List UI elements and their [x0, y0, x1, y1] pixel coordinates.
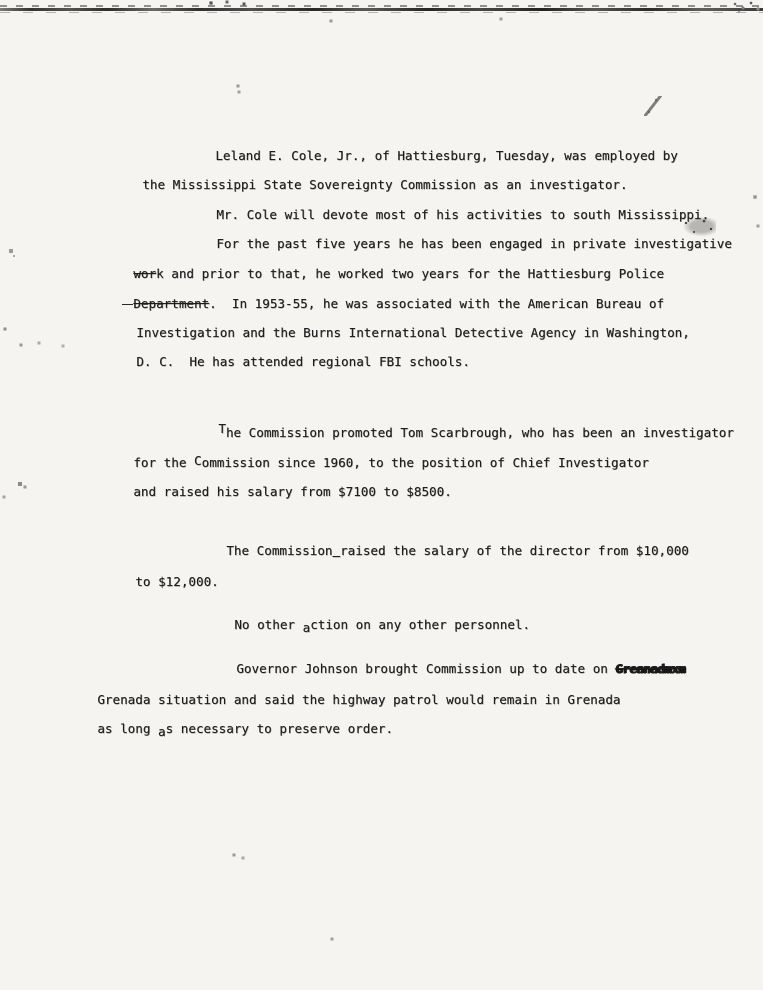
scan-top-edge-line — [0, 8, 763, 11]
text-segment: as long — [97, 721, 158, 736]
underscored-space — [333, 543, 341, 558]
text-segment: Leland E. Cole, Jr., of Hattiesburg, Tue… — [215, 148, 678, 163]
raised-letter-T: T — [218, 421, 226, 436]
scanned-document-page: Leland E. Cole, Jr., of Hattiesburg, Tue… — [0, 0, 763, 990]
line-preserve-order: as long as necessary to preserve order. — [67, 706, 393, 751]
text-segment: s necessary to preserve order. — [166, 721, 393, 736]
line-no-other-action: No other action on any other personnel. — [204, 602, 530, 647]
text-segment: Mr. Cole will devote most of his activit… — [216, 207, 709, 222]
scan-dust-specks — [0, 0, 2, 2]
line-director-salary: The Commission raised the salary of the … — [196, 528, 689, 573]
text-segment: . In 1953-55, he was associated with the… — [209, 296, 664, 311]
text-segment: k and prior to that, he worked two years… — [156, 266, 664, 281]
text-segment: ction on any other personnel. — [310, 617, 530, 632]
line-salary-raise: and raised his salary from $7100 to $850… — [103, 469, 452, 514]
text-segment: D. C. He has attended regional FBI schoo… — [136, 354, 470, 369]
text-segment: For the past five years he has been enga… — [216, 236, 732, 251]
text-segment: he Commission promoted Tom Scarbrough, w… — [226, 425, 734, 440]
scan-top-edge-faint-line — [0, 12, 763, 13]
overstruck-illegible-word: Greanadmxm — [615, 661, 685, 676]
top-right-corner-speckles — [731, 0, 763, 15]
scan-top-edge-dashes — [0, 5, 763, 7]
text-segment: for the — [133, 455, 194, 470]
text-segment: Investigation and the Burns Internationa… — [136, 325, 690, 340]
text-segment: and raised his salary from $7100 to $850… — [133, 484, 451, 499]
text-segment: ommission since 1960, to the position of… — [202, 455, 649, 470]
text-segment: No other — [234, 617, 302, 632]
raised-letter-C: C — [194, 453, 202, 468]
diagonal-pencil-smudge — [644, 96, 662, 116]
text-segment: raised the salary of the director from $… — [340, 543, 689, 558]
line-fbi-schools: D. C. He has attended regional FBI schoo… — [106, 339, 470, 384]
lowered-letter-a: a — [303, 620, 311, 635]
text-segment: Grenada situation and said the highway p… — [97, 692, 620, 707]
overstruck-letters: wor — [133, 266, 156, 281]
line-to-12000: to $12,000. — [105, 559, 219, 604]
text-segment: to $12,000. — [135, 574, 218, 589]
struck-word-department: Department — [133, 296, 209, 311]
text-segment: The Commission — [226, 543, 332, 558]
text-segment: Governor Johnson brought Commission up t… — [236, 661, 615, 676]
text-segment: the Mississippi State Sovereignty Commis… — [142, 177, 627, 192]
lowered-letter-a: a — [158, 724, 166, 739]
